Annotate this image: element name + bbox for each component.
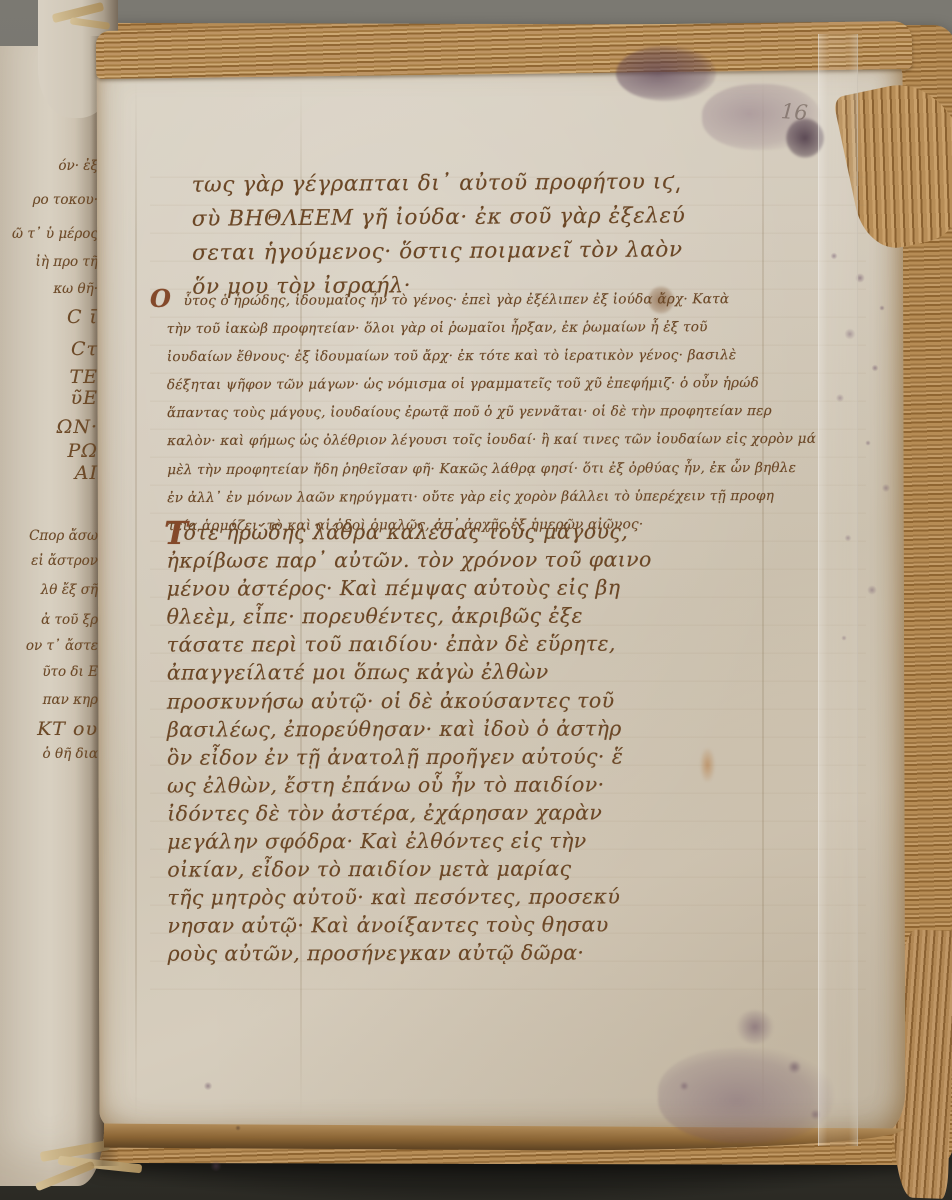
text-line: ἠκρίβωσε παρ᾽ αὐτῶν. τὸν χρόνον τοῦ φαιν… bbox=[166, 545, 651, 574]
text-line: σεται ἡγούμενος· ὅστις ποιμανεῖ τὸν λαὸν bbox=[192, 233, 686, 270]
text-line: καλὸν· καὶ φήμως ὡς ὀλέθριον λέγουσι τοῖ… bbox=[167, 425, 816, 455]
text-line: νησαν αὐτῷ· Καὶ ἀνοίξαντες τοὺς θησαυ bbox=[167, 911, 652, 940]
text-line: τὴν τοῦ ἰακὼβ προφητείαν· ὅλοι γὰρ οἱ ῥω… bbox=[167, 313, 816, 343]
facing-line-fragment: ον τ᾽ ἄστε bbox=[26, 638, 98, 654]
facing-page: όν· ἐξ ρο τοκου· ῶ τ᾽ ὑ μέρος ἰὴ προ τῆ … bbox=[0, 46, 104, 1186]
text-line: μεγάλην σφόδρα· Καὶ ἐλθόντες εἰς τὴν bbox=[167, 826, 652, 855]
text-line: ότε ἡρώδης λάθρα καλέσας τοὺς μάγους, bbox=[166, 517, 651, 546]
purple-stain bbox=[616, 46, 716, 101]
text-line: προσκυνήσω αὐτῷ· οἱ δὲ ἀκούσαντες τοῦ bbox=[167, 686, 652, 715]
text-line: θλεὲμ, εἶπε· πορευθέντες, ἀκριβῶς ἐξε bbox=[167, 602, 652, 631]
text-line: ἰδόντες δὲ τὸν ἀστέρα, ἐχάρησαν χαρὰν bbox=[167, 798, 652, 827]
manuscript-photo: { "folio_number": "16", "colors": { "ink… bbox=[0, 0, 952, 1200]
text-line: οἰκίαν, εἶδον τὸ παιδίον μετὰ μαρίας bbox=[167, 854, 652, 883]
text-line: ὃν εἶδον ἐν τῇ ἀνατολῇ προῆγεν αὐτούς· ἕ bbox=[167, 742, 652, 771]
text-line: τως γὰρ γέγραπται δι᾽ αὐτοῦ προφήτου ιϛ͵ bbox=[192, 165, 686, 202]
text-line: δέξηται ψῆφον τῶν μάγων· ὡς νόμισμα οἱ γ… bbox=[167, 369, 816, 399]
page-crease bbox=[135, 80, 137, 1120]
commentary-text-block: ὗτος ὁ ἡρώδης, ἰδουμαῖος ἦν τὸ γένος· ἐπ… bbox=[167, 285, 817, 540]
purple-spot-cluster bbox=[188, 1068, 278, 1188]
text-line: ἐν ἀλλ᾽ ἐν μόνων λαῶν κηρύγματι· οὔτε γὰ… bbox=[167, 482, 816, 512]
purple-stain bbox=[658, 1048, 833, 1143]
purple-stain bbox=[735, 1010, 775, 1044]
text-line: τῆς μητρὸς αὐτοῦ· καὶ πεσόντες, προσεκύ bbox=[167, 883, 652, 912]
text-line: μὲλ τὴν προφητείαν ἤδη ῥηθεῖσαν φῆ· Κακῶ… bbox=[167, 453, 816, 483]
main-text-block: ότε ἡρώδης λάθρα καλέσας τοὺς μάγους, ἠκ… bbox=[166, 517, 652, 968]
facing-line-fragment: ῶ τ᾽ ὑ μέρος bbox=[12, 226, 98, 242]
text-line: μένου ἀστέρος· Καὶ πέμψας αὐτοὺς εἰς βη bbox=[167, 574, 652, 603]
facing-line-fragment: εἰ ἄστρον bbox=[31, 553, 98, 569]
facing-line-fragment: ἰὴ προ τῆ bbox=[36, 254, 98, 270]
facing-line-fragment: Ϲπορ ἄσω bbox=[29, 528, 98, 544]
text-line: σὺ ΒΗΘΛΕΕΜ γῆ ἰούδα· ἐκ σοῦ γὰρ ἐξελεύ bbox=[192, 199, 686, 236]
repair-tape bbox=[818, 34, 858, 1146]
text-line: ἅπαντας τοὺς μάγους, ἰουδαίους ἐρωτᾷ ποῦ… bbox=[167, 397, 816, 427]
text-line: ως ἐλθὼν, ἔστη ἐπάνω οὗ ἦν τὸ παιδίον· bbox=[167, 770, 652, 799]
text-line: ροὺς αὐτῶν, προσήνεγκαν αὐτῷ δῶρα· bbox=[168, 939, 653, 968]
text-line: τάσατε περὶ τοῦ παιδίου· ἐπὰν δὲ εὕρητε, bbox=[167, 630, 652, 659]
text-line: βασιλέως, ἐπορεύθησαν· καὶ ἰδοὺ ὁ ἀστὴρ bbox=[167, 714, 652, 743]
rubric-text-block: τως γὰρ γέγραπται δι᾽ αὐτοῦ προφήτου ιϛ͵… bbox=[192, 165, 686, 304]
facing-line-fragment: ΚΤ ου bbox=[37, 718, 98, 740]
rust-smudge bbox=[700, 748, 715, 782]
top-page-edges-stack bbox=[96, 21, 913, 79]
facing-line-fragment: ρο τοκου· bbox=[33, 192, 98, 208]
text-line: ὗτος ὁ ἡρώδης, ἰδουμαῖος ἦν τὸ γένος· ἐπ… bbox=[167, 285, 816, 315]
text-line: ἀπαγγείλατέ μοι ὅπως κἀγὼ ἐλθὼν bbox=[167, 658, 652, 687]
text-line: ἰουδαίων ἔθνους· ἐξ ἰδουμαίων τοῦ ἄρχ· ἐ… bbox=[167, 341, 816, 371]
page-crease bbox=[762, 70, 764, 1120]
